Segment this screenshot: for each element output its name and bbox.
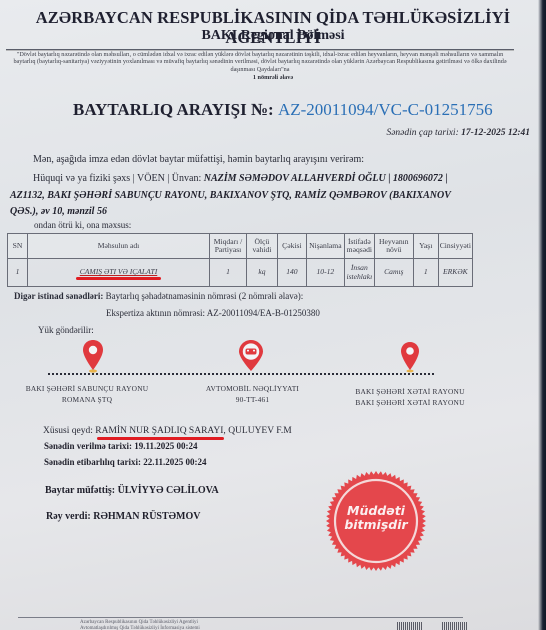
table-header-cell: Heyvanın növü bbox=[374, 234, 413, 259]
table-cell: 1 bbox=[413, 259, 438, 287]
origin-line-1: BAKI ŞƏHƏRİ SABUNÇU RAYONU bbox=[22, 384, 152, 395]
annex-label: 1 nömrəli əlavə bbox=[0, 74, 546, 81]
table-cell: ERKƏK bbox=[438, 259, 472, 287]
table-header-cell: İstifadə məqsədi bbox=[344, 234, 374, 259]
issue-date: Sənədin verilmə tarixi: 19.11.2025 00:24 bbox=[44, 441, 198, 451]
purpose-label: ondan ötrü ki, ona məxsus: bbox=[34, 220, 131, 230]
print-date-label: Sənədin çap tarixi: bbox=[386, 128, 458, 138]
table-header-cell: Çəkisi bbox=[277, 234, 306, 259]
validity-date-label: Sənədin etibarlılıq tarixi: bbox=[44, 457, 141, 467]
vet-certificate-number: Baytarlıq şəhadətnaməsinin nömrəsi (2 nö… bbox=[106, 291, 304, 301]
vehicle-plate: 90-TT-461 bbox=[190, 395, 315, 406]
table-row: 1CAMIŞ ƏTI VƏ IÇALATI1kq14010-12İnsan is… bbox=[8, 259, 473, 287]
table-header-cell: Miqdarı / Partiyası bbox=[210, 234, 247, 259]
table-cell: 1 bbox=[8, 259, 28, 287]
origin-line-2: ROMANA ŞTQ bbox=[22, 395, 152, 406]
table-cell: Camış bbox=[374, 259, 413, 287]
route-line bbox=[48, 373, 434, 375]
certificate-title: BAYTARLIQ ARAYIŞI №: AZ-20011094/VC-C-01… bbox=[73, 100, 493, 120]
stamp-line-2: bitmişdir bbox=[325, 518, 427, 532]
footer-line-1: Azərbaycan Respublikasının Qida Təhlükəs… bbox=[80, 620, 200, 626]
cargo-label: Yük göndərilir: bbox=[38, 325, 94, 335]
table-cell: CAMIŞ ƏTI VƏ IÇALATI bbox=[27, 259, 209, 287]
table-header-cell: SN bbox=[8, 234, 28, 259]
issue-date-value: 19.11.2025 00:24 bbox=[134, 441, 197, 451]
table-cell: kq bbox=[246, 259, 277, 287]
validity-date-value: 22.11.2025 00:24 bbox=[143, 457, 206, 467]
destination-line-2: BAKI ŞƏHƏRİ XƏTAİ RAYONU bbox=[345, 398, 475, 409]
underline-annotation bbox=[76, 277, 161, 280]
destination-pin-icon bbox=[400, 341, 420, 373]
intro-text: Mən, aşağıda imza edən dövlət baytar müf… bbox=[33, 154, 364, 165]
transport-car-icon bbox=[238, 339, 264, 372]
party-label: Hüquqi və ya fiziki şəxs | VÖEN | Ünvan: bbox=[10, 173, 201, 184]
reference-docs: Digər istinad sənədləri: Baytarlıq şəhad… bbox=[14, 291, 303, 301]
table-cell: İnsan istehlakı bbox=[344, 259, 374, 287]
table-cell: 10-12 bbox=[306, 259, 344, 287]
page-edge bbox=[538, 0, 546, 630]
table-header-cell: Yaşı bbox=[413, 234, 438, 259]
origin-address: BAKI ŞƏHƏRİ SABUNÇU RAYONU ROMANA ŞTQ bbox=[22, 384, 152, 405]
print-date-value: 17-12-2025 12:41 bbox=[461, 128, 530, 138]
legal-note: "Dövlət baytarlıq nəzarətində olan məhsu… bbox=[6, 51, 514, 73]
certificate-title-label: BAYTARLIQ ARAYIŞI №: bbox=[73, 100, 274, 119]
certificate-number: AZ-20011094/VC-C-01251756 bbox=[278, 100, 493, 119]
special-note-highlight: RAMİN NUR ŞADLIQ SARAYI, bbox=[95, 426, 226, 436]
destination-address: BAKI ŞƏHƏRİ XƏTAİ RAYONU BAKI ŞƏHƏRİ XƏT… bbox=[345, 387, 475, 408]
footer-divider bbox=[18, 617, 463, 618]
header-divider bbox=[6, 49, 514, 50]
underline-annotation-note bbox=[97, 437, 224, 440]
stamp-line-1: Müddəti bbox=[325, 504, 427, 518]
transport-type: AVTOMOBİL NƏQLİYYATI bbox=[190, 384, 315, 395]
print-date: Sənədin çap tarixi: 17-12-2025 12:41 bbox=[386, 128, 530, 138]
table-cell: 140 bbox=[277, 259, 306, 287]
footer-line-2: Avtomatlaşdırılmış Qida Təhlükəsizliyi İ… bbox=[80, 626, 200, 630]
origin-pin-icon bbox=[82, 339, 104, 373]
validity-date: Sənədin etibarlılıq tarixi: 22.11.2025 0… bbox=[44, 457, 207, 467]
division-title: BAKI Regional Bölməsi bbox=[0, 28, 546, 44]
special-note: Xüsusi qeyd: RAMİN NUR ŞADLIQ SARAYI, QU… bbox=[43, 426, 292, 436]
expired-stamp-text: Müddəti bitmişdir bbox=[325, 504, 427, 532]
table-header-cell: Ölçü vahidi bbox=[246, 234, 277, 259]
special-note-label: Xüsusi qeyd: bbox=[43, 426, 93, 436]
table-header-row: SNMəhsulun adıMiqdarı / PartiyasıÖlçü va… bbox=[8, 234, 473, 259]
table-cell: 1 bbox=[210, 259, 247, 287]
issue-date-label: Sənədin verilmə tarixi: bbox=[44, 441, 132, 451]
inspector-label: Baytar müfəttiş: bbox=[45, 485, 115, 496]
reviewer: Rəy verdi: RƏHMAN RÜSTƏMOV bbox=[46, 511, 201, 522]
footer-text: Azərbaycan Respublikasının Qida Təhlükəs… bbox=[80, 620, 200, 630]
qr-code-icon bbox=[397, 622, 423, 630]
reviewer-name: RƏHMAN RÜSTƏMOV bbox=[93, 511, 200, 522]
table-header-cell: Məhsulun adı bbox=[27, 234, 209, 259]
reference-docs-label: Digər istinad sənədləri: bbox=[14, 291, 103, 301]
inspector: Baytar müfəttiş: ÜLVİYYƏ CƏLİLOVA bbox=[45, 485, 219, 496]
expertise-number: Ekspertiza aktının nömrəsi: AZ-20011094/… bbox=[106, 308, 320, 318]
transport-info: AVTOMOBİL NƏQLİYYATI 90-TT-461 bbox=[190, 384, 315, 405]
table-header-cell: Cinsiyyəti bbox=[438, 234, 472, 259]
reviewer-label: Rəy verdi: bbox=[46, 511, 91, 522]
qr-code-icon-2 bbox=[442, 622, 468, 630]
inspector-name: ÜLVİYYƏ CƏLİLOVA bbox=[118, 485, 219, 496]
destination-line-1: BAKI ŞƏHƏRİ XƏTAİ RAYONU bbox=[345, 387, 475, 398]
special-note-rest: QULUYEV F.M bbox=[226, 426, 292, 436]
table-header-cell: Nişanlama bbox=[306, 234, 344, 259]
party-info: Hüquqi və ya fiziki şəxs | VÖEN | Ünvan:… bbox=[10, 171, 480, 221]
